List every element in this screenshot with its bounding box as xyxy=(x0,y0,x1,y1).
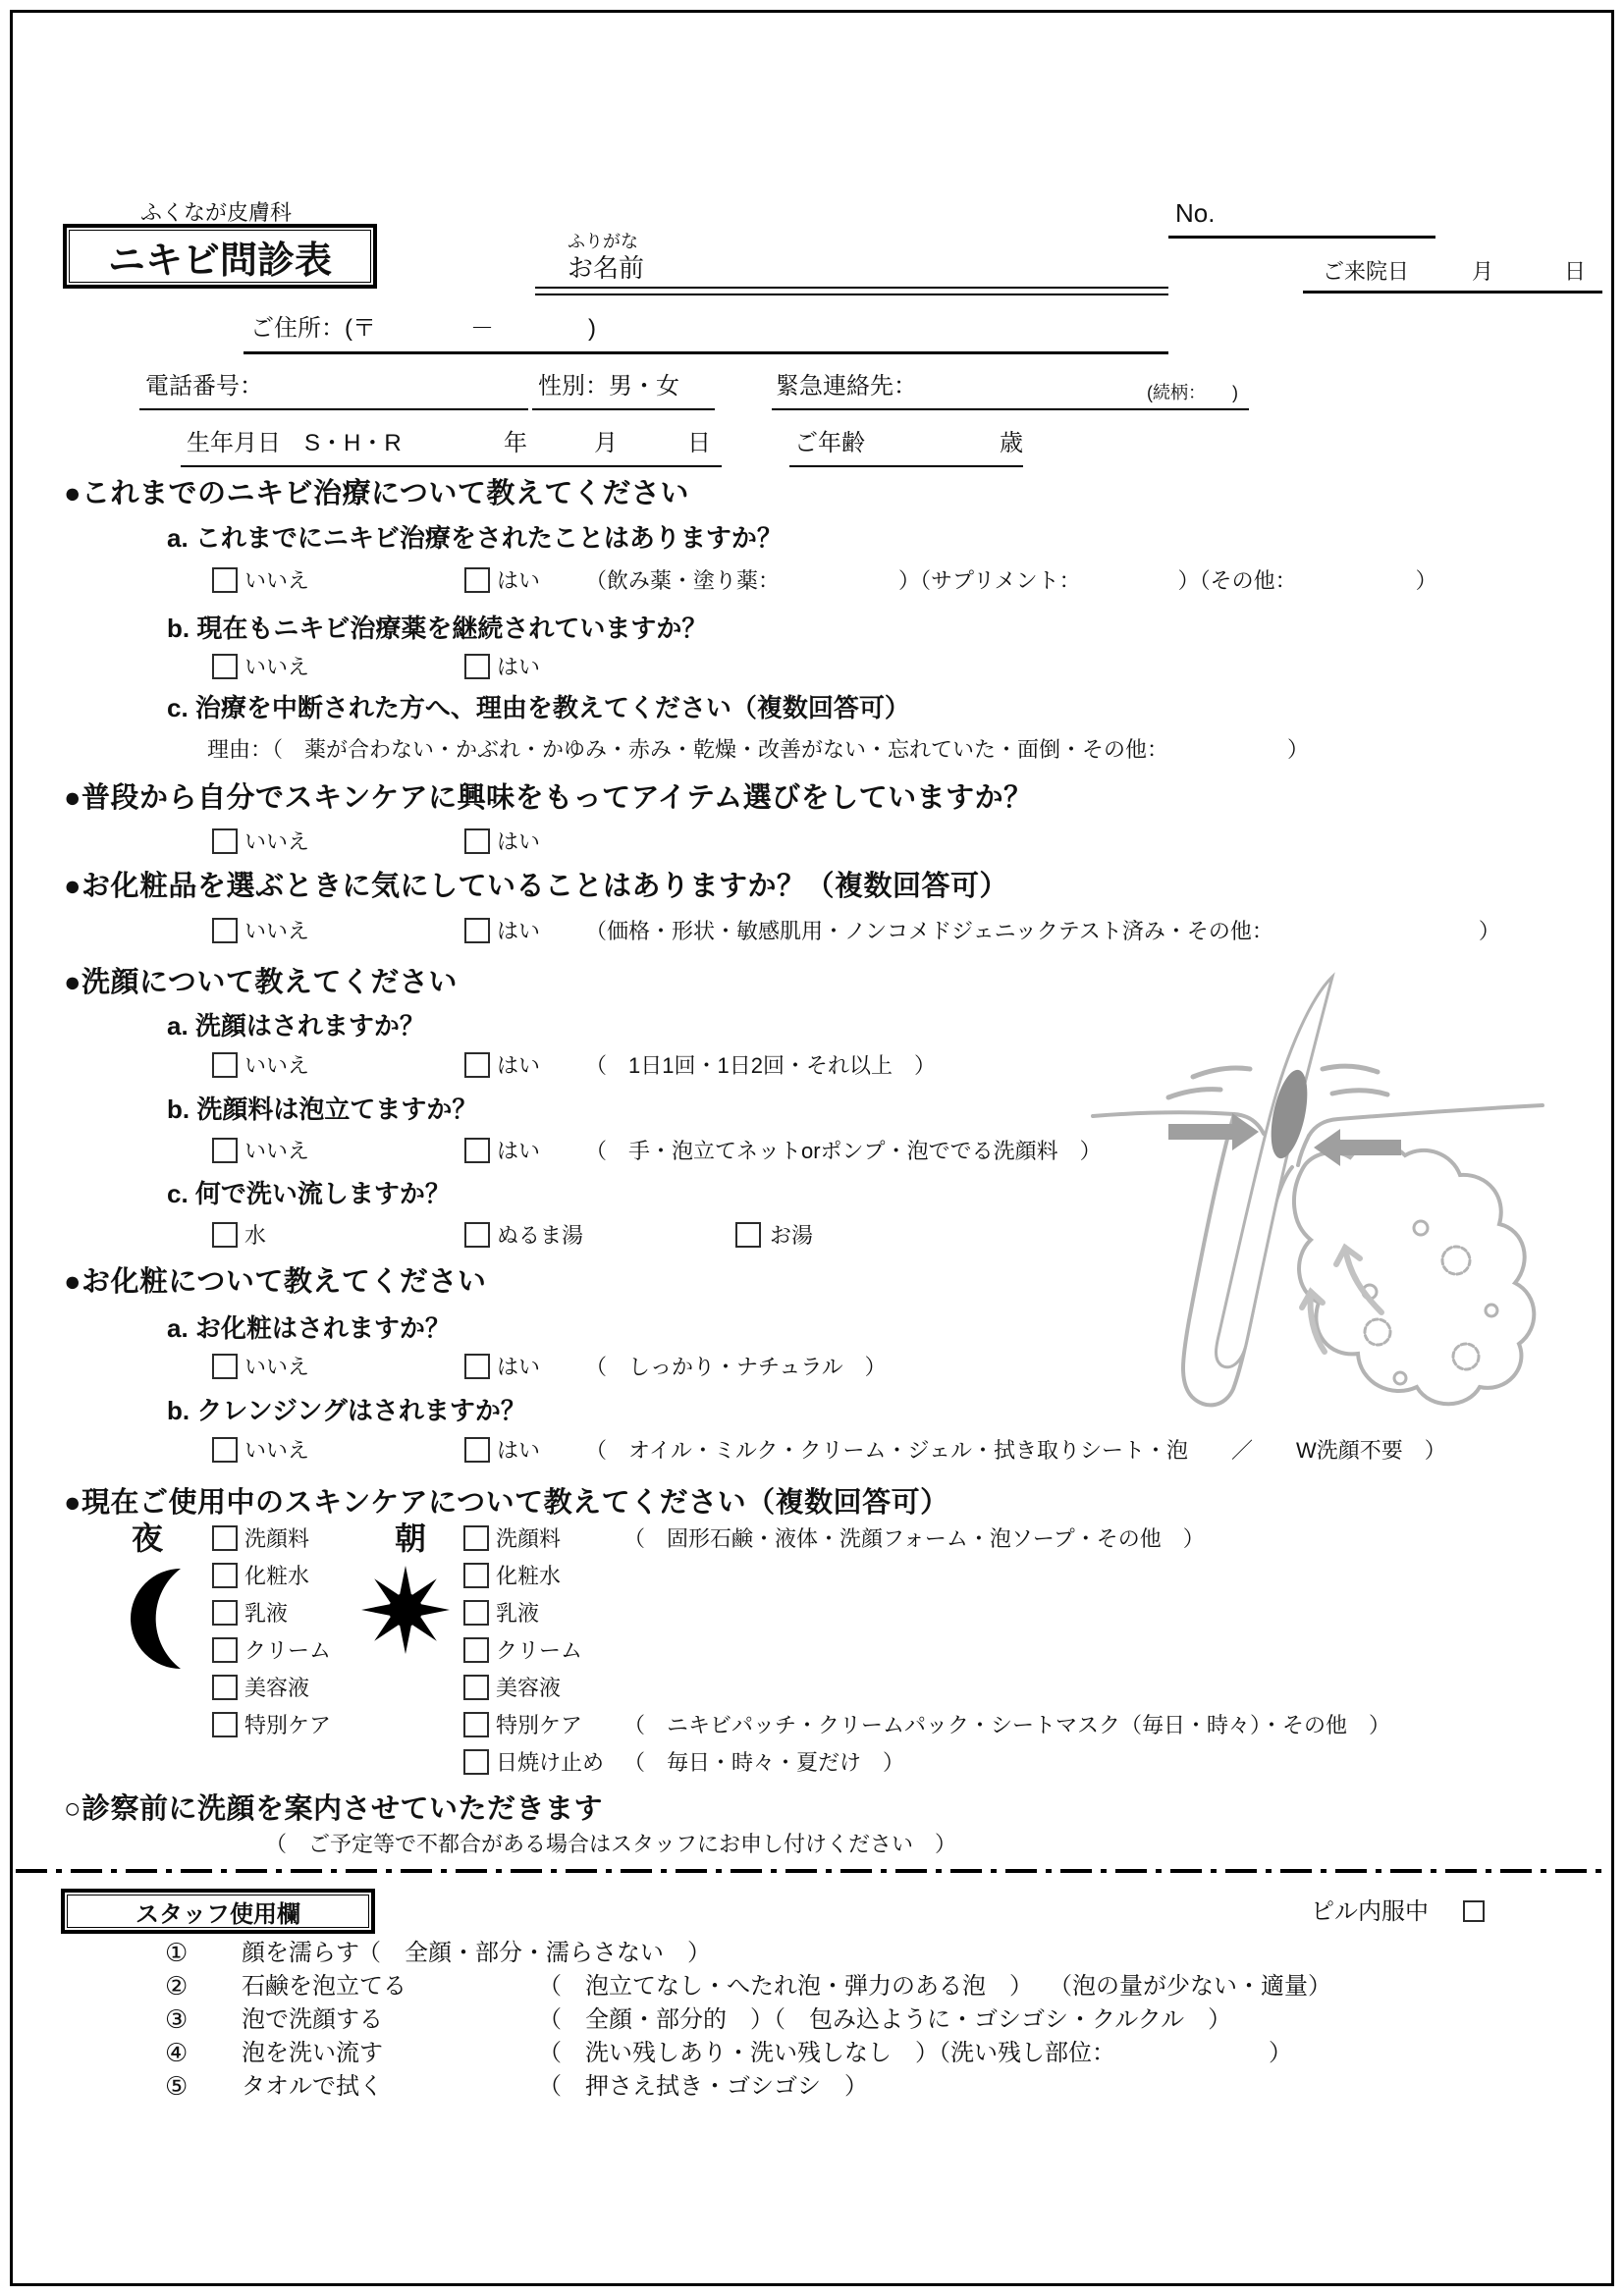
treatment-b-no-checkbox[interactable] xyxy=(212,654,238,679)
name-write-line[interactable] xyxy=(535,287,1168,295)
phone-label: 電話番号： xyxy=(145,373,263,401)
morning-milk-checkbox[interactable] xyxy=(463,1600,489,1626)
visit-day-label: 日 xyxy=(1564,259,1586,285)
birthdate-label: 生年月日 S・H・R xyxy=(187,430,402,458)
form-title-box: ニキビ問診表 xyxy=(63,224,377,289)
section-washing-heading: ●洗顔について教えてください xyxy=(64,966,458,1000)
makeup-question-b: b. クレンジングはされますか？ xyxy=(167,1396,526,1426)
morning-sunscreen-checkbox[interactable] xyxy=(463,1749,489,1775)
makeup-a-no-checkbox[interactable] xyxy=(212,1354,238,1379)
washing-c-lukewarm-label: ぬるま湯 xyxy=(497,1223,583,1249)
makeup-b-no-label: いいえ xyxy=(244,1438,309,1464)
skincare-interest-yes-label: はい xyxy=(497,829,540,855)
makeup-b-yes-checkbox[interactable] xyxy=(464,1437,490,1463)
left-arrow-icon xyxy=(1168,1113,1259,1150)
night-cleanser-checkbox[interactable] xyxy=(212,1525,238,1551)
section-makeup-heading: ●お化粧について教えてください xyxy=(64,1265,486,1300)
washing-question-b: b. 洗顔料は泡立てますか？ xyxy=(167,1095,477,1125)
washing-b-detail: （ 手・泡立てネットorポンプ・泡ででる洗顔料 ） xyxy=(585,1139,1102,1164)
age-write-line[interactable] xyxy=(789,465,1023,467)
night-cleanser-label: 洗顔料 xyxy=(244,1526,309,1552)
washing-a-no-checkbox[interactable] xyxy=(212,1052,238,1078)
cleanser-detail: （ 固形石鹸・液体・洗顔フォーム・泡ソープ・その他 ） xyxy=(623,1526,1205,1552)
treatment-a-no-label: いいえ xyxy=(244,568,309,594)
visit-date-label: ご来院日 xyxy=(1323,259,1409,285)
night-milk-checkbox[interactable] xyxy=(212,1600,238,1626)
section-cosmetics-heading: ●お化粧品を選ぶときに気にしていることはありますか？（複数回答可） xyxy=(64,870,1008,904)
section-skincare-interest-heading: ●普段から自分でスキンケアに興味をもってアイテム選びをしていますか？ xyxy=(64,781,1033,816)
staff-use-label: スタッフ使用欄 xyxy=(65,1893,371,1930)
treatment-b-yes-label: はい xyxy=(497,655,540,680)
staff-row-action: 泡で洗顔する xyxy=(242,2006,383,2035)
night-cream-checkbox[interactable] xyxy=(212,1637,238,1663)
staff-row-action: 泡を洗い流す xyxy=(242,2040,383,2068)
morning-toner-label: 化粧水 xyxy=(496,1564,561,1589)
washing-b-no-checkbox[interactable] xyxy=(212,1138,238,1163)
furigana-label: ふりがな xyxy=(568,232,638,253)
age-unit-label: 歳 xyxy=(1000,430,1023,458)
staff-use-box: スタッフ使用欄 xyxy=(61,1889,375,1934)
washing-c-lukewarm-checkbox[interactable] xyxy=(464,1222,490,1248)
washing-question-a: a. 洗顔はされますか？ xyxy=(167,1011,425,1041)
staff-row-action: 顔を濡らす xyxy=(242,1940,359,1968)
treatment-a-detail: （飲み薬・塗り薬： ）（サプリメント： ）（その他： ） xyxy=(585,568,1437,594)
washing-a-yes-checkbox[interactable] xyxy=(464,1052,490,1078)
washing-c-water-label: 水 xyxy=(244,1223,266,1249)
treatment-question-a: a. これまでにニキビ治療をされたことはありますか？ xyxy=(167,523,783,554)
night-special-care-label: 特別ケア xyxy=(244,1713,331,1738)
dash-dot-divider xyxy=(16,1869,1608,1873)
morning-toner-checkbox[interactable] xyxy=(463,1563,489,1588)
treatment-question-c: c. 治療を中断された方へ、理由を教えてください（複数回答可） xyxy=(167,693,910,723)
makeup-a-detail: （ しっかり・ナチュラル ） xyxy=(585,1355,887,1380)
morning-column-label: 朝 xyxy=(395,1520,426,1557)
morning-sunscreen-label: 日焼け止め xyxy=(496,1750,604,1776)
makeup-a-yes-label: はい xyxy=(497,1355,540,1380)
makeup-b-yes-label: はい xyxy=(497,1438,540,1464)
night-serum-label: 美容液 xyxy=(244,1676,309,1701)
staff-row-number: ⑤ xyxy=(165,2071,188,2102)
staff-row-number: ③ xyxy=(165,2004,188,2035)
treatment-b-yes-checkbox[interactable] xyxy=(464,654,490,679)
address-write-line[interactable] xyxy=(244,351,1168,354)
pre-exam-notice-heading: ○診察前に洗顔を案内させていただきます xyxy=(64,1792,603,1827)
morning-serum-checkbox[interactable] xyxy=(463,1675,489,1700)
night-cream-label: クリーム xyxy=(244,1638,331,1664)
pill-label: ピル内服中 xyxy=(1311,1898,1429,1927)
birth-year-label: 年 xyxy=(504,430,527,458)
morning-cream-label: クリーム xyxy=(496,1638,582,1664)
section-treatment-heading: ●これまでのニキビ治療について教えてください xyxy=(64,477,689,511)
emergency-write-line[interactable] xyxy=(772,408,1249,410)
morning-cream-checkbox[interactable] xyxy=(463,1637,489,1663)
morning-cleanser-label: 洗顔料 xyxy=(496,1526,561,1552)
form-title: ニキビ問診表 xyxy=(67,228,373,285)
pill-checkbox[interactable] xyxy=(1463,1900,1485,1922)
pre-exam-notice-note: （ ご予定等で不都合がある場合はスタッフにお申し付けください ） xyxy=(265,1832,956,1857)
crescent-moon-icon xyxy=(116,1565,189,1673)
sunscreen-detail: （ 毎日・時々・夏だけ ） xyxy=(623,1750,904,1776)
staff-row-action: 石鹸を泡立てる xyxy=(242,1973,406,2002)
emergency-contact-label: 緊急連絡先： xyxy=(776,373,917,401)
staff-row-number: ② xyxy=(165,1971,188,2002)
cosmetics-yes-detail: （価格・形状・敏感肌用・ノンコメドジェニックテスト済み・その他： ） xyxy=(585,919,1500,944)
clinic-name: ふくなが皮膚科 xyxy=(140,200,292,226)
washing-b-yes-checkbox[interactable] xyxy=(464,1138,490,1163)
washing-c-hot-label: お湯 xyxy=(770,1223,813,1249)
washing-a-yes-label: はい xyxy=(497,1053,540,1079)
makeup-a-yes-checkbox[interactable] xyxy=(464,1354,490,1379)
cosmetics-yes-label: はい xyxy=(497,919,540,944)
no-write-line[interactable] xyxy=(1168,236,1435,239)
washing-b-no-label: いいえ xyxy=(244,1139,309,1164)
birth-month-label: 月 xyxy=(594,430,618,458)
washing-c-hot-checkbox[interactable] xyxy=(735,1222,761,1248)
treatment-a-yes-label: はい xyxy=(497,568,540,594)
treatment-c-reason: 理由：（ 薬が合わない・かぶれ・かゆみ・赤み・乾燥・改善がない・忘れていた・面倒… xyxy=(207,737,1309,763)
sun-icon xyxy=(356,1559,455,1657)
treatment-b-no-label: いいえ xyxy=(244,655,309,680)
section-current-skincare-heading: ●現在ご使用中のスキンケアについて教えてください（複数回答可） xyxy=(64,1486,949,1521)
gender-write-line[interactable] xyxy=(532,408,715,410)
staff-row-detail: （ 全顔・部分的 ）（ 包み込ように・ゴシゴシ・クルクル ） xyxy=(538,2006,1231,2035)
staff-row-detail: （ 押さえ拭き・ゴシゴシ ） xyxy=(538,2073,868,2102)
night-toner-checkbox[interactable] xyxy=(212,1563,238,1588)
washing-question-c: c. 何で洗い流しますか？ xyxy=(167,1179,451,1209)
night-serum-checkbox[interactable] xyxy=(212,1675,238,1700)
visit-month-label: 月 xyxy=(1472,259,1493,285)
phone-write-line[interactable] xyxy=(139,408,528,410)
skincare-interest-no-checkbox[interactable] xyxy=(212,828,238,854)
night-column-label: 夜 xyxy=(132,1520,163,1557)
washing-a-detail: （ 1日1回・1日2回・それ以上 ） xyxy=(585,1053,936,1079)
makeup-b-detail: （ オイル・ミルク・クリーム・ジェル・拭き取りシート・泡 ／ W洗顔不要 ） xyxy=(585,1438,1446,1464)
staff-row-detail-extra: （泡の量が少ない・適量） xyxy=(1049,1973,1331,2002)
birth-day-label: 日 xyxy=(687,430,711,458)
morning-cleanser-checkbox[interactable] xyxy=(463,1525,489,1551)
relation-label: (続柄： ) xyxy=(1147,383,1238,404)
staff-row-number: ① xyxy=(165,1938,188,1968)
treatment-a-yes-checkbox[interactable] xyxy=(464,567,490,593)
cosmetics-no-label: いいえ xyxy=(244,919,309,944)
cosmetics-no-checkbox[interactable] xyxy=(212,918,238,943)
hair-follicle-illustration xyxy=(1075,967,1546,1428)
staff-row-detail: （ 泡立てなし・へたれ泡・弾力のある泡 ） xyxy=(538,1973,1033,2002)
makeup-question-a: a. お化粧はされますか？ xyxy=(167,1313,451,1344)
special-care-detail: （ ニキビパッチ・クリームパック・シートマスク（毎日・時々）・その他 ） xyxy=(623,1713,1390,1738)
night-toner-label: 化粧水 xyxy=(244,1564,309,1589)
washing-a-no-label: いいえ xyxy=(244,1053,309,1079)
gender-label: 性別：男・女 xyxy=(538,373,679,401)
morning-serum-label: 美容液 xyxy=(496,1676,561,1701)
staff-row-action: タオルで拭く xyxy=(242,2073,383,2102)
morning-special-care-checkbox[interactable] xyxy=(463,1712,489,1737)
address-label: ご住所：(〒 － ) xyxy=(250,315,596,344)
makeup-b-no-checkbox[interactable] xyxy=(212,1437,238,1463)
staff-row-detail: （ 洗い残しあり・洗い残しなし ）（洗い残し部位： ） xyxy=(538,2040,1292,2068)
staff-row-number: ④ xyxy=(165,2038,188,2068)
morning-milk-label: 乳液 xyxy=(496,1601,539,1627)
birthdate-write-line[interactable] xyxy=(181,465,722,467)
skincare-interest-yes-checkbox[interactable] xyxy=(464,828,490,854)
morning-special-care-label: 特別ケア xyxy=(496,1713,582,1738)
staff-row-detail: （ 全顔・部分・濡らさない ） xyxy=(357,1940,711,1968)
makeup-a-no-label: いいえ xyxy=(244,1355,309,1380)
name-label: お名前 xyxy=(568,253,644,284)
night-milk-label: 乳液 xyxy=(244,1601,288,1627)
cosmetics-yes-checkbox[interactable] xyxy=(464,918,490,943)
washing-b-yes-label: はい xyxy=(497,1139,540,1164)
visit-date-write-line[interactable] xyxy=(1303,291,1602,294)
no-label: No. xyxy=(1175,198,1215,229)
acne-questionnaire-form: ふくなが皮膚科 ニキビ問診表 ふりがな お名前 No. ご来院日 月 日 ご住所… xyxy=(0,0,1624,2296)
age-label: ご年齢 xyxy=(794,430,865,458)
night-special-care-checkbox[interactable] xyxy=(212,1712,238,1737)
washing-c-water-checkbox[interactable] xyxy=(212,1222,238,1248)
skincare-interest-no-label: いいえ xyxy=(244,829,309,855)
treatment-question-b: b. 現在もニキビ治療薬を継続されていますか？ xyxy=(167,614,707,644)
treatment-a-no-checkbox[interactable] xyxy=(212,567,238,593)
